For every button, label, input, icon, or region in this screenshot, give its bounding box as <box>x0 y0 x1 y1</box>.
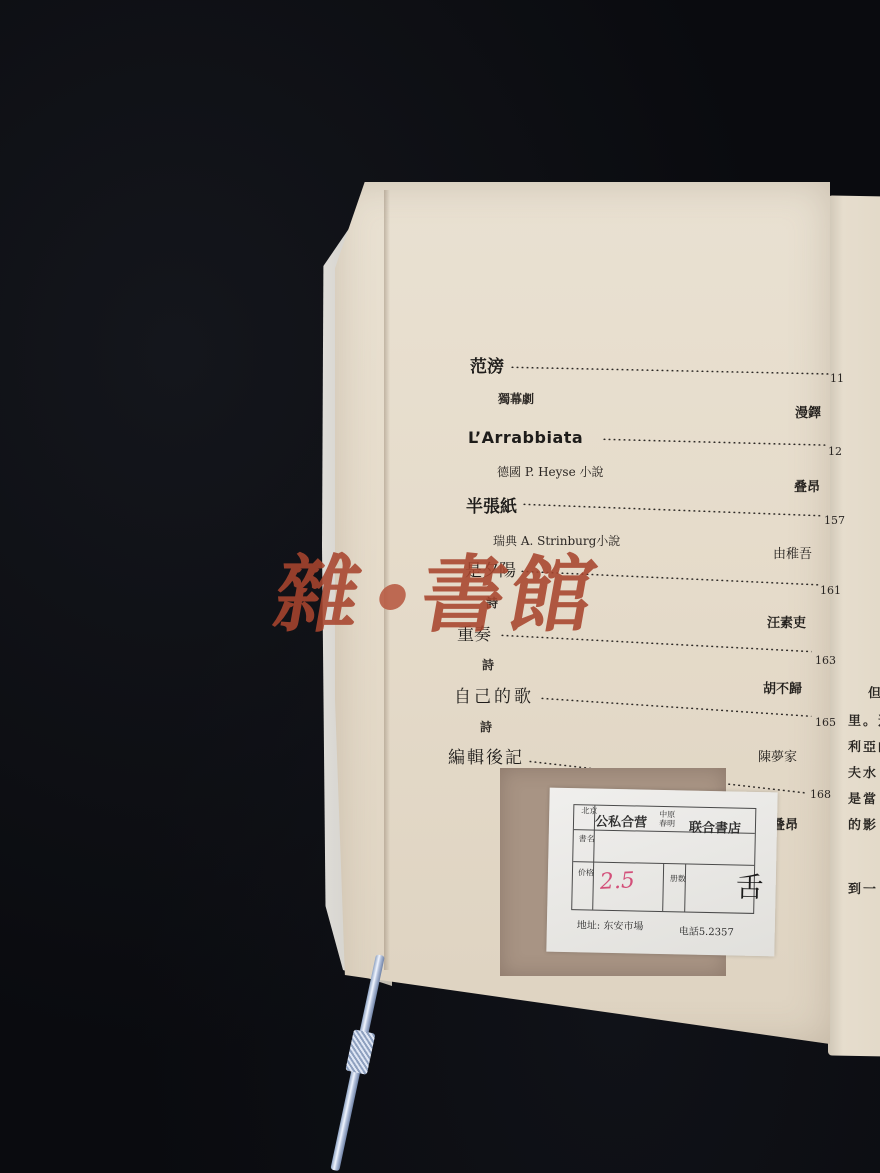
toc-page-number: 157 <box>824 514 845 527</box>
toc-subtitle: 德國 P. Heyse 小說 <box>497 463 604 480</box>
toc-author: 汪素吏 <box>767 612 806 631</box>
toc-author: 陳夢家 <box>758 746 797 765</box>
toc-page-number: 168 <box>810 788 831 801</box>
leader-dots <box>510 366 830 375</box>
leader-dots <box>540 697 812 717</box>
toc-author: 漫鐸 <box>795 402 821 421</box>
toc-author: 叠昂 <box>794 476 820 495</box>
toc-author: 由稚吾 <box>773 543 812 562</box>
label-store-type: 公私合营 <box>595 811 647 831</box>
watermark-text-left: 雜 <box>267 545 372 644</box>
watermark-text-right: 書館 <box>413 545 606 644</box>
label-field-title: 書名 <box>579 834 589 843</box>
toc-title: 自己的歌 <box>454 682 534 707</box>
toc-subtitle: 獨幕劇 <box>498 390 534 407</box>
watermark: 雜書館 <box>268 528 609 638</box>
label-address: 地址: 东安市場 <box>577 916 644 932</box>
label-field-price: 价格 <box>578 868 588 877</box>
toc-page-number: 12 <box>828 445 842 458</box>
toc-page-number: 163 <box>815 654 836 667</box>
toc-title: 范滂 <box>470 352 504 377</box>
toc-title: L’Arrabbiata <box>468 428 583 447</box>
bookstore-price-label: 北京 公私合营 中原 春明 联合書店 書名 价格 册数 2.5 舌 地址: 东安… <box>546 788 777 957</box>
toc-subtitle: 詩 <box>482 656 494 673</box>
toc-page-number: 161 <box>820 584 841 597</box>
label-city: 北京 <box>581 806 591 815</box>
watermark-dot <box>377 584 408 610</box>
label-store-suffix: 联合書店 <box>689 817 741 837</box>
label-phone: 电話5.2357 <box>679 922 734 938</box>
toc-subtitle: 詩 <box>480 718 492 735</box>
leader-dots <box>602 438 828 446</box>
label-field-volumes: 册数 <box>670 874 680 883</box>
toc-title: 半張紙 <box>466 492 517 517</box>
label-store-names: 中原 春明 <box>659 810 683 828</box>
toc-page-number: 165 <box>815 716 836 729</box>
handwritten-mark: 舌 <box>735 866 764 907</box>
leader-dots <box>522 503 822 517</box>
handwritten-price: 2.5 <box>599 868 635 895</box>
toc-author: 胡不歸 <box>763 678 802 697</box>
toc-page-number: 11 <box>830 372 844 385</box>
toc-title: 編輯後記 <box>448 743 524 768</box>
